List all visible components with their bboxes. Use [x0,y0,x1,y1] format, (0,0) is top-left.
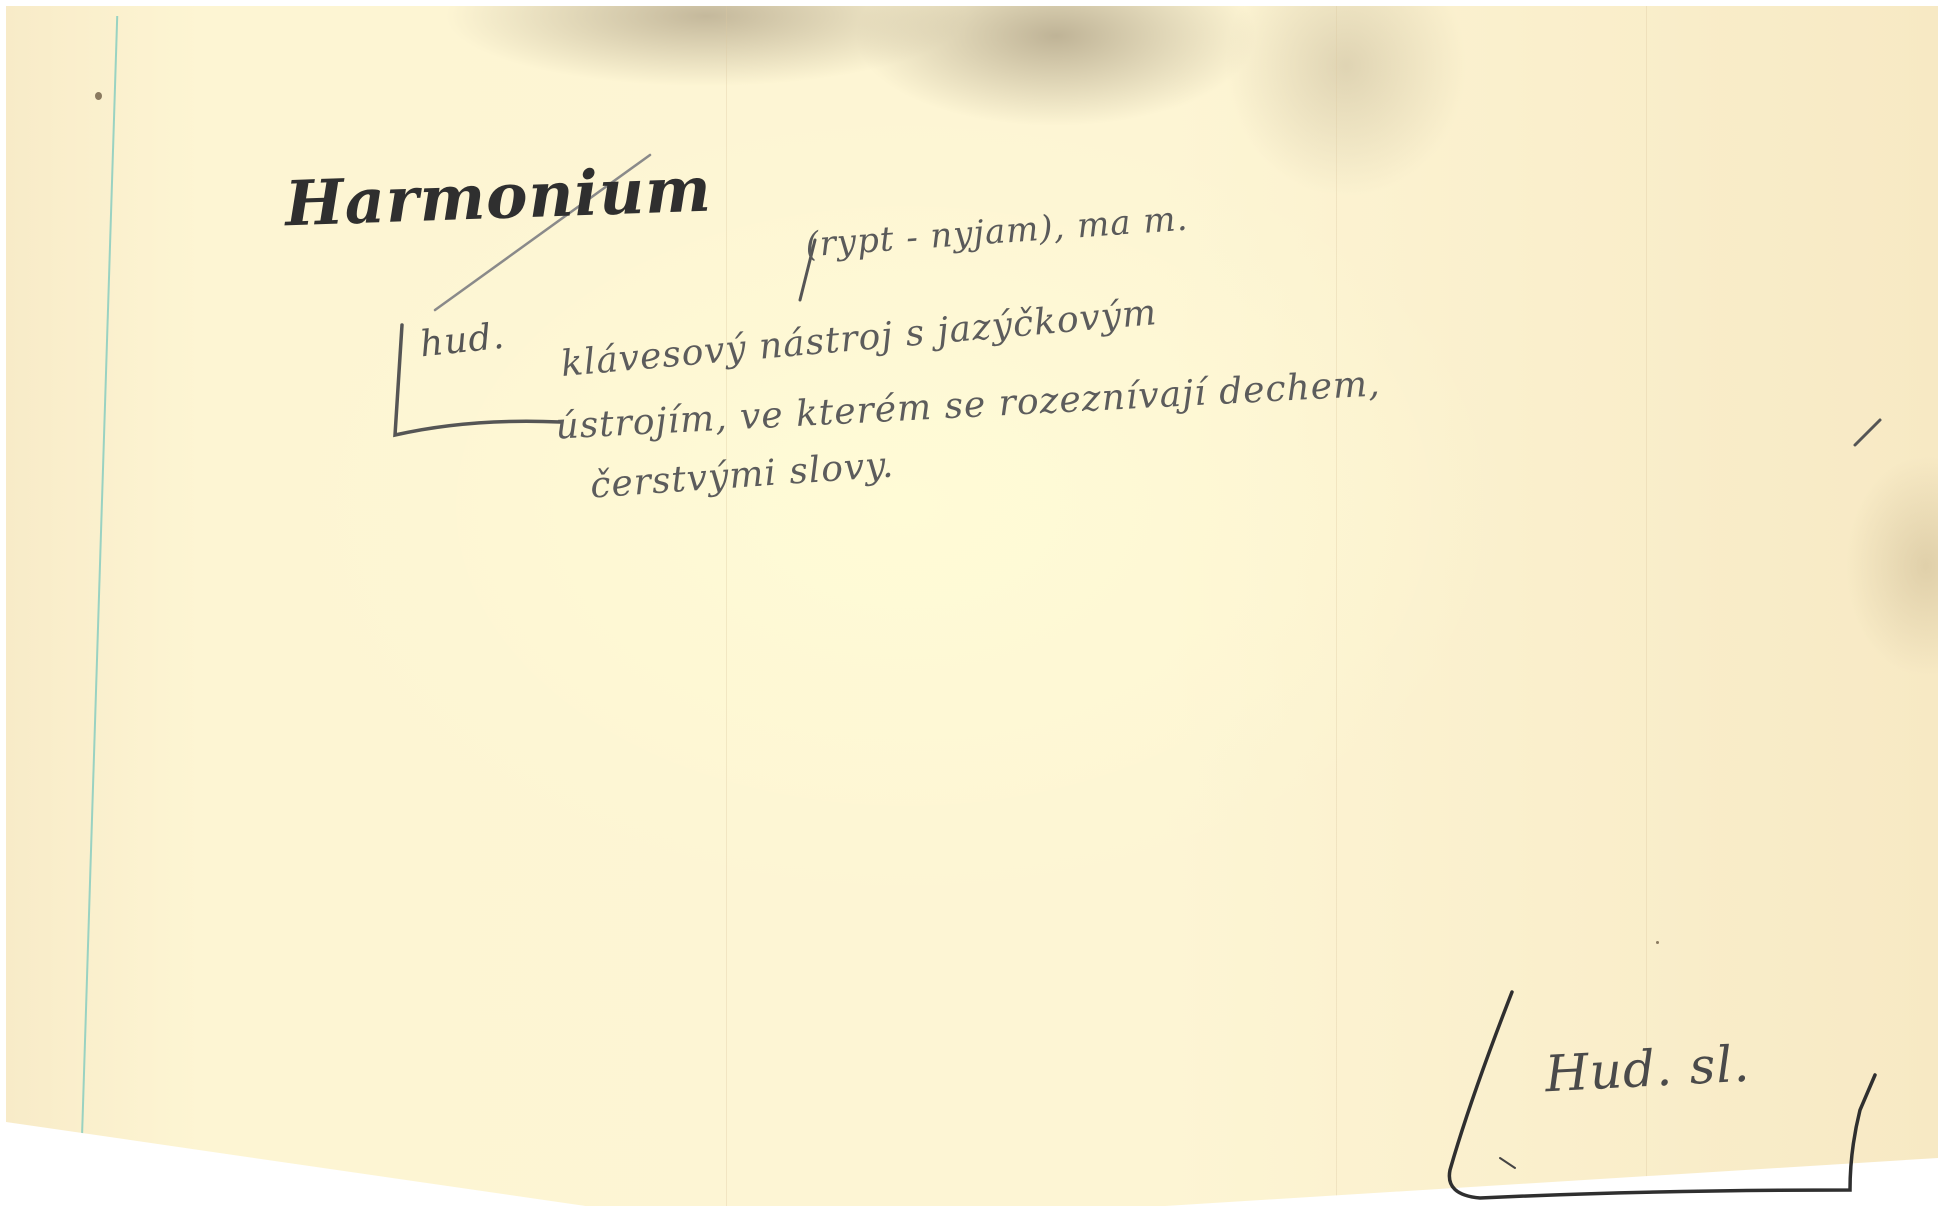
headword: Harmonium [284,153,713,241]
paper-fold-line [726,6,727,1206]
paper-speck [176,1166,180,1171]
paper-speck [95,92,102,100]
source-abbreviation: Hud. sl. [1544,1035,1752,1104]
paper-speck [1656,941,1659,944]
paper-fold-line [1646,6,1647,1206]
scanned-card-stage: Harmonium (rypt - nyjam), ma m. hud. klá… [0,0,1944,1216]
margin-rule-line [80,16,118,1176]
paper-fold-line [1336,6,1337,1206]
